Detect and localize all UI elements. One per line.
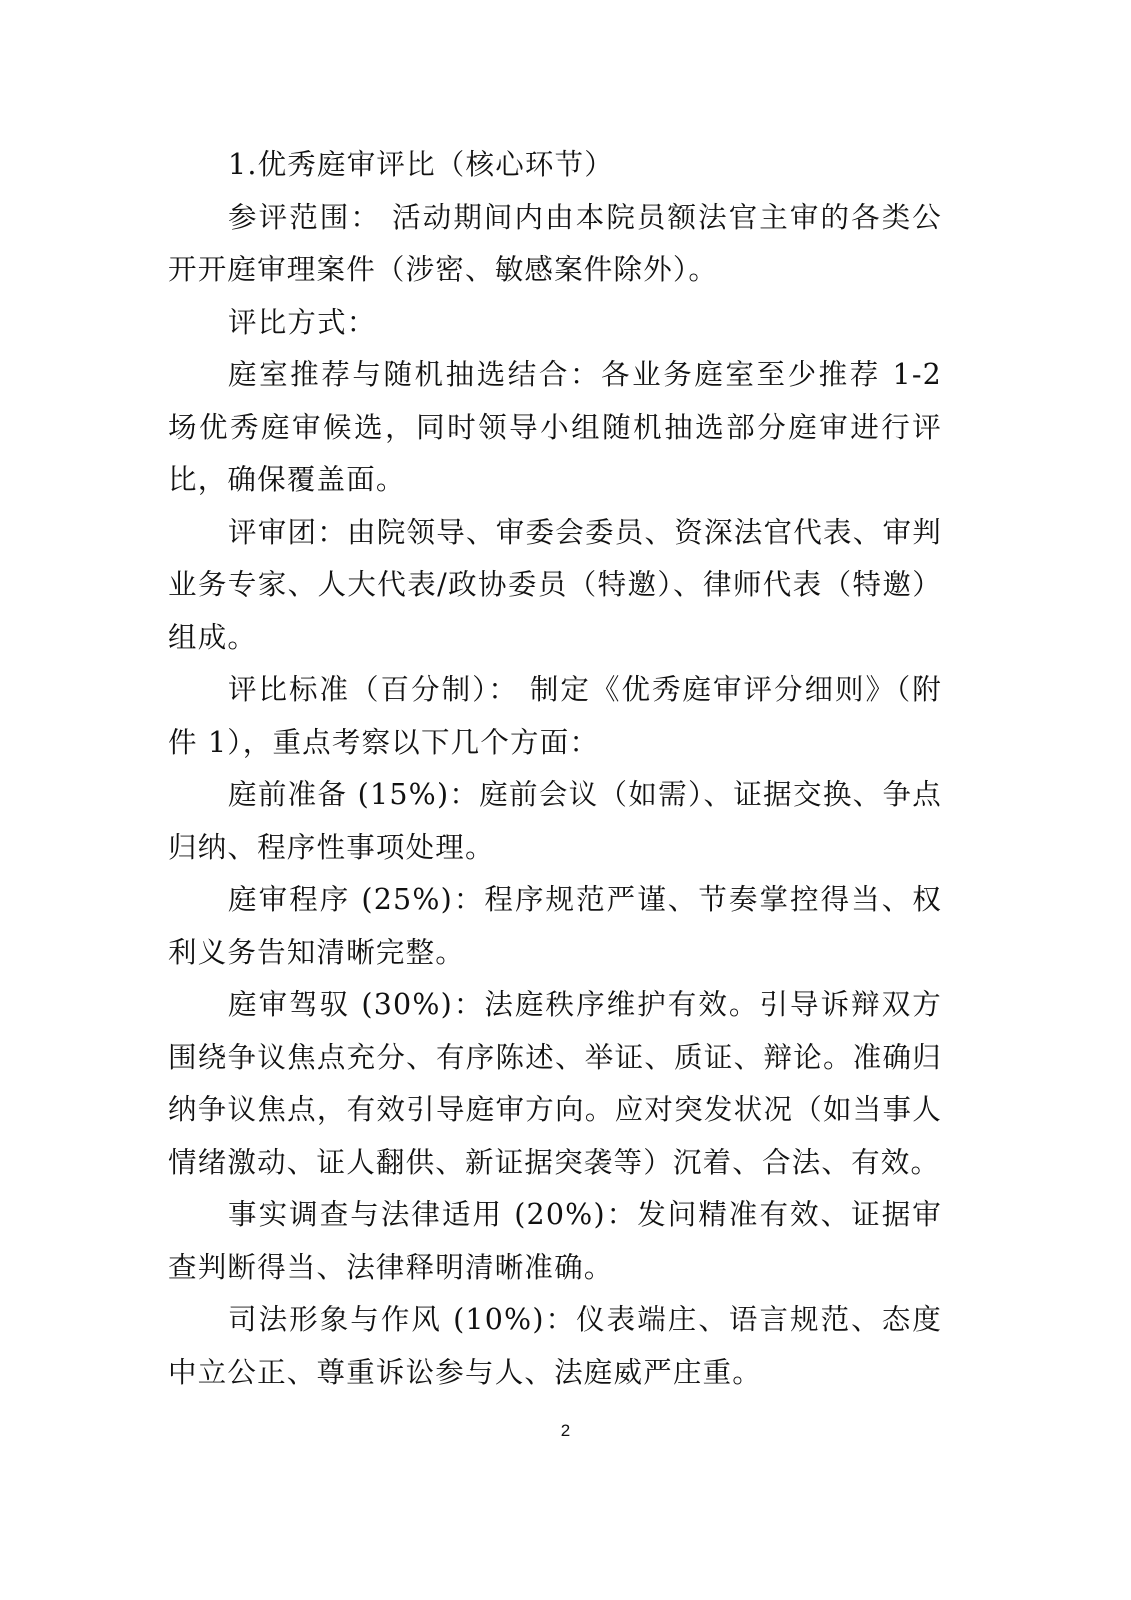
paragraph-evaluation-criteria: 评比标准（百分制）： 制定《优秀庭审评分细则》（附件 1），重点考察以下几个方面… xyxy=(168,664,942,769)
document-page: 1.优秀庭审评比（核心环节） 参评范围： 活动期间内由本院员额法官主审的各类公开… xyxy=(0,0,1131,1600)
section-heading-excellent-trial-evaluation: 1.优秀庭审评比（核心环节） xyxy=(168,139,942,192)
paragraph-evaluation-method-label: 评比方式： xyxy=(168,297,942,350)
paragraph-pretrial-preparation: 庭前准备 (15%)：庭前会议（如需）、证据交换、争点归纳、程序性事项处理。 xyxy=(168,769,942,874)
paragraph-fact-finding-and-law: 事实调查与法律适用 (20%)：发问精准有效、证据审查判断得当、法律释明清晰准确… xyxy=(168,1189,942,1294)
paragraph-judicial-image: 司法形象与作风 (10%)：仪表端庄、语言规范、态度中立公正、尊重诉讼参与人、法… xyxy=(168,1294,942,1399)
paragraph-recommendation-and-sampling: 庭室推荐与随机抽选结合：各业务庭室至少推荐 1-2 场优秀庭审候选，同时领导小组… xyxy=(168,349,942,507)
paragraph-evaluation-scope: 参评范围： 活动期间内由本院员额法官主审的各类公开开庭审理案件（涉密、敏感案件除… xyxy=(168,192,942,297)
paragraph-trial-control: 庭审驾驭 (30%)：法庭秩序维护有效。引导诉辩双方围绕争议焦点充分、有序陈述、… xyxy=(168,979,942,1189)
paragraph-review-panel: 评审团：由院领导、审委会委员、资深法官代表、审判业务专家、人大代表/政协委员（特… xyxy=(168,507,942,665)
paragraph-trial-procedure: 庭审程序 (25%)：程序规范严谨、节奏掌控得当、权利义务告知清晰完整。 xyxy=(168,874,942,979)
document-body: 1.优秀庭审评比（核心环节） 参评范围： 活动期间内由本院员额法官主审的各类公开… xyxy=(168,139,942,1399)
page-number: 2 xyxy=(0,1421,1131,1441)
